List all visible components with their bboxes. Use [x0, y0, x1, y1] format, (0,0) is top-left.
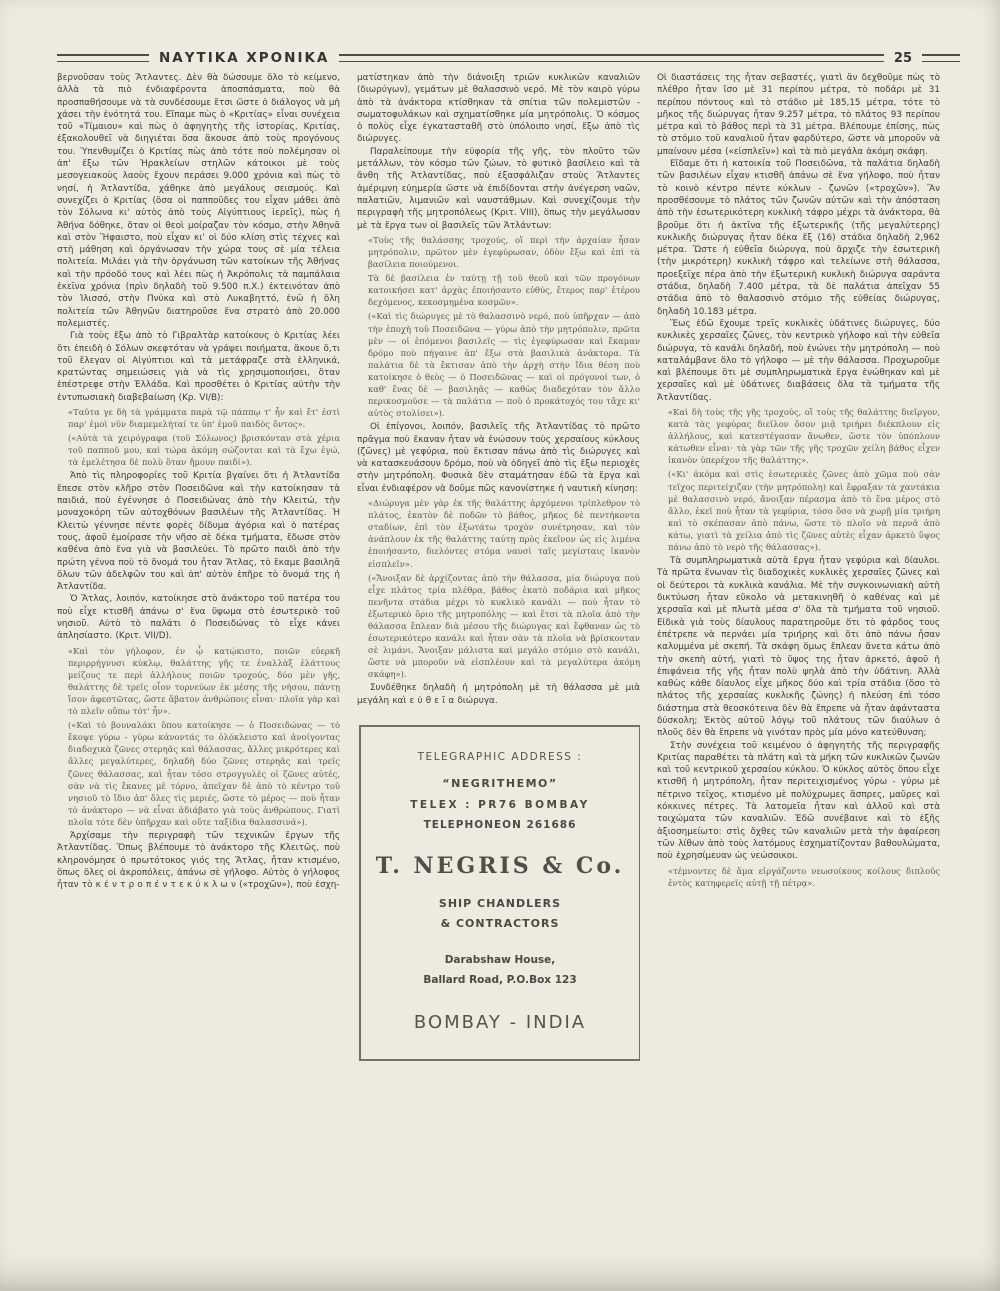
paragraph: Οἱ ἐπίγονοι, λοιπόν, βασιλεῖς τῆς Ἀτλαντ… — [357, 421, 640, 495]
quoted-passage: «τέμνοντες δὲ ἅμα εἰργάζοντο νεωσοίκους … — [668, 865, 940, 889]
ad-address-line2: Ballard Road, P.O.Box 123 — [369, 974, 631, 986]
quoted-passage: («Κι' ἀκόμα καὶ στὶς ἐσωτερικὲς ζῶνες ἀπ… — [668, 468, 940, 553]
quoted-passage: Τὰ δὲ βασίλεια ἐν ταύτῃ τῇ τοῦ θεοῦ καὶ … — [368, 272, 640, 308]
column-2: ματίστηκαν ἀπὸ τὴν διάνοιξη τριῶν κυκλικ… — [357, 72, 640, 1260]
quoted-passage: («Καὶ τὸ βουναλάκι ὅπου κατοίκησε — ὁ Πο… — [68, 719, 340, 828]
header-rule-left — [57, 54, 149, 62]
paragraph: ματίστηκαν ἀπὸ τὴν διάνοιξη τριῶν κυκλικ… — [357, 72, 640, 146]
ad-company-name: T. NEGRIS & Co. — [369, 853, 631, 879]
paragraph: Γιὰ τοὺς ἔξω ἀπὸ τὸ Γιβραλτὰρ κατοίκους … — [57, 330, 340, 404]
quoted-passage: («Αὐτὰ τὰ χειρόγραφα (τοῦ Σόλωνος) βρισκ… — [68, 432, 340, 468]
paragraph: βερνοῦσαν τοὺς Ἄτλαντες. Δὲν θὰ δώσουμε … — [57, 72, 340, 330]
quoted-passage: «Διώρυγα μὲν γὰρ ἐκ τῆς θαλάττης ἀρχόμεν… — [368, 497, 640, 570]
ad-city: BOMBAY - INDIA — [369, 1012, 631, 1033]
ad-telephone: TELEPHONEON 261686 — [369, 819, 631, 831]
header-rule-middle — [339, 54, 884, 62]
ad-telegraphic-name: “NEGRITHEMO” — [369, 777, 631, 790]
ad-business-line1: SHIP CHANDLERS — [369, 897, 631, 910]
paragraph: Οἱ διαστάσεις της ἦταν σεβαστές, γιατὶ ἂ… — [657, 72, 940, 158]
ad-address-line1: Darabshaw House, — [369, 954, 631, 966]
quoted-passage: «Τοὺς τῆς θαλάσσης τροχούς, οἳ περὶ τὴν … — [368, 234, 640, 270]
paragraph: Ἀρχίσαμε τὴν περιγραφὴ τῶν τεχνικῶν ἔργω… — [57, 830, 340, 891]
article-body: βερνοῦσαν τοὺς Ἄτλαντες. Δὲν θὰ δώσουμε … — [57, 72, 940, 1260]
magazine-title: ΝΑΥΤΙΚΑ ΧΡΟΝΙΚΑ — [159, 50, 329, 66]
paragraph: Παραλείπουμε τὴν εὐφορία τῆς γῆς, τὸν πλ… — [357, 146, 640, 232]
header-rule-right — [922, 54, 960, 62]
column-2-text: ματίστηκαν ἀπὸ τὴν διάνοιξη τριῶν κυκλικ… — [357, 72, 640, 707]
column-1: βερνοῦσαν τοὺς Ἄτλαντες. Δὲν θὰ δώσουμε … — [57, 72, 340, 1260]
quoted-passage: «Καὶ τὸν γήλοφον, ἐν ᾧ κατῴκιστο, ποιῶν … — [68, 645, 340, 718]
page-number: 25 — [894, 51, 912, 66]
quoted-passage: «Ταῦτα γε δὴ τὰ γράμματα παρὰ τῷ πάππῳ τ… — [68, 406, 340, 430]
paragraph: Ἕως ἐδῶ ἔχουμε τρεῖς κυκλικὲς ὑδάτινες δ… — [657, 318, 940, 404]
column-3: Οἱ διαστάσεις της ἦταν σεβαστές, γιατὶ ἂ… — [657, 72, 940, 1260]
quoted-passage: «Καὶ δὴ τοὺς τῆς γῆς τροχούς, οἳ τοὺς τῆ… — [668, 406, 940, 466]
ad-telex: TELEX : PR76 BOMBAY — [369, 799, 631, 811]
ad-telegraphic-label: TELEGRAPHIC ADDRESS : — [369, 751, 631, 763]
paragraph: Ὁ Ἄτλας, λοιπόν, κατοίκησε στὸ ἀνάκτορο … — [57, 593, 340, 642]
paragraph: Συνδέθηκε δηλαδὴ ἡ μητρόπολη μὲ τὴ θάλασ… — [357, 682, 640, 707]
paragraph: Τὰ συμπληρωματικὰ αὐτὰ ἔργα ἦταν γεφύρια… — [657, 555, 940, 739]
ad-business-line2: & CONTRACTORS — [369, 917, 631, 930]
advertisement-negris: TELEGRAPHIC ADDRESS : “NEGRITHEMO” TELEX… — [359, 725, 640, 1061]
page-header: ΝΑΥΤΙΚΑ ΧΡΟΝΙΚΑ 25 — [57, 50, 960, 66]
paragraph: Εἴδαμε ὅτι ἡ κατοικία τοῦ Ποσειδῶνα, τὰ … — [657, 158, 940, 318]
paragraph: Ἀπὸ τὶς πληροφορίες τοῦ Κριτία βγαίνει ὅ… — [57, 470, 340, 593]
paragraph: Στὴν συνέχεια τοῦ κειμένου ὁ ἀφηγητὴς τῆ… — [657, 740, 940, 863]
quoted-passage: («Καὶ τὶς διώρυγες μὲ τὸ θαλασσινὸ νερό,… — [368, 310, 640, 419]
quoted-passage: («Ἄνοιξαν δὲ ἀρχίζοντας ἀπὸ τὴν θάλασσα,… — [368, 572, 640, 681]
